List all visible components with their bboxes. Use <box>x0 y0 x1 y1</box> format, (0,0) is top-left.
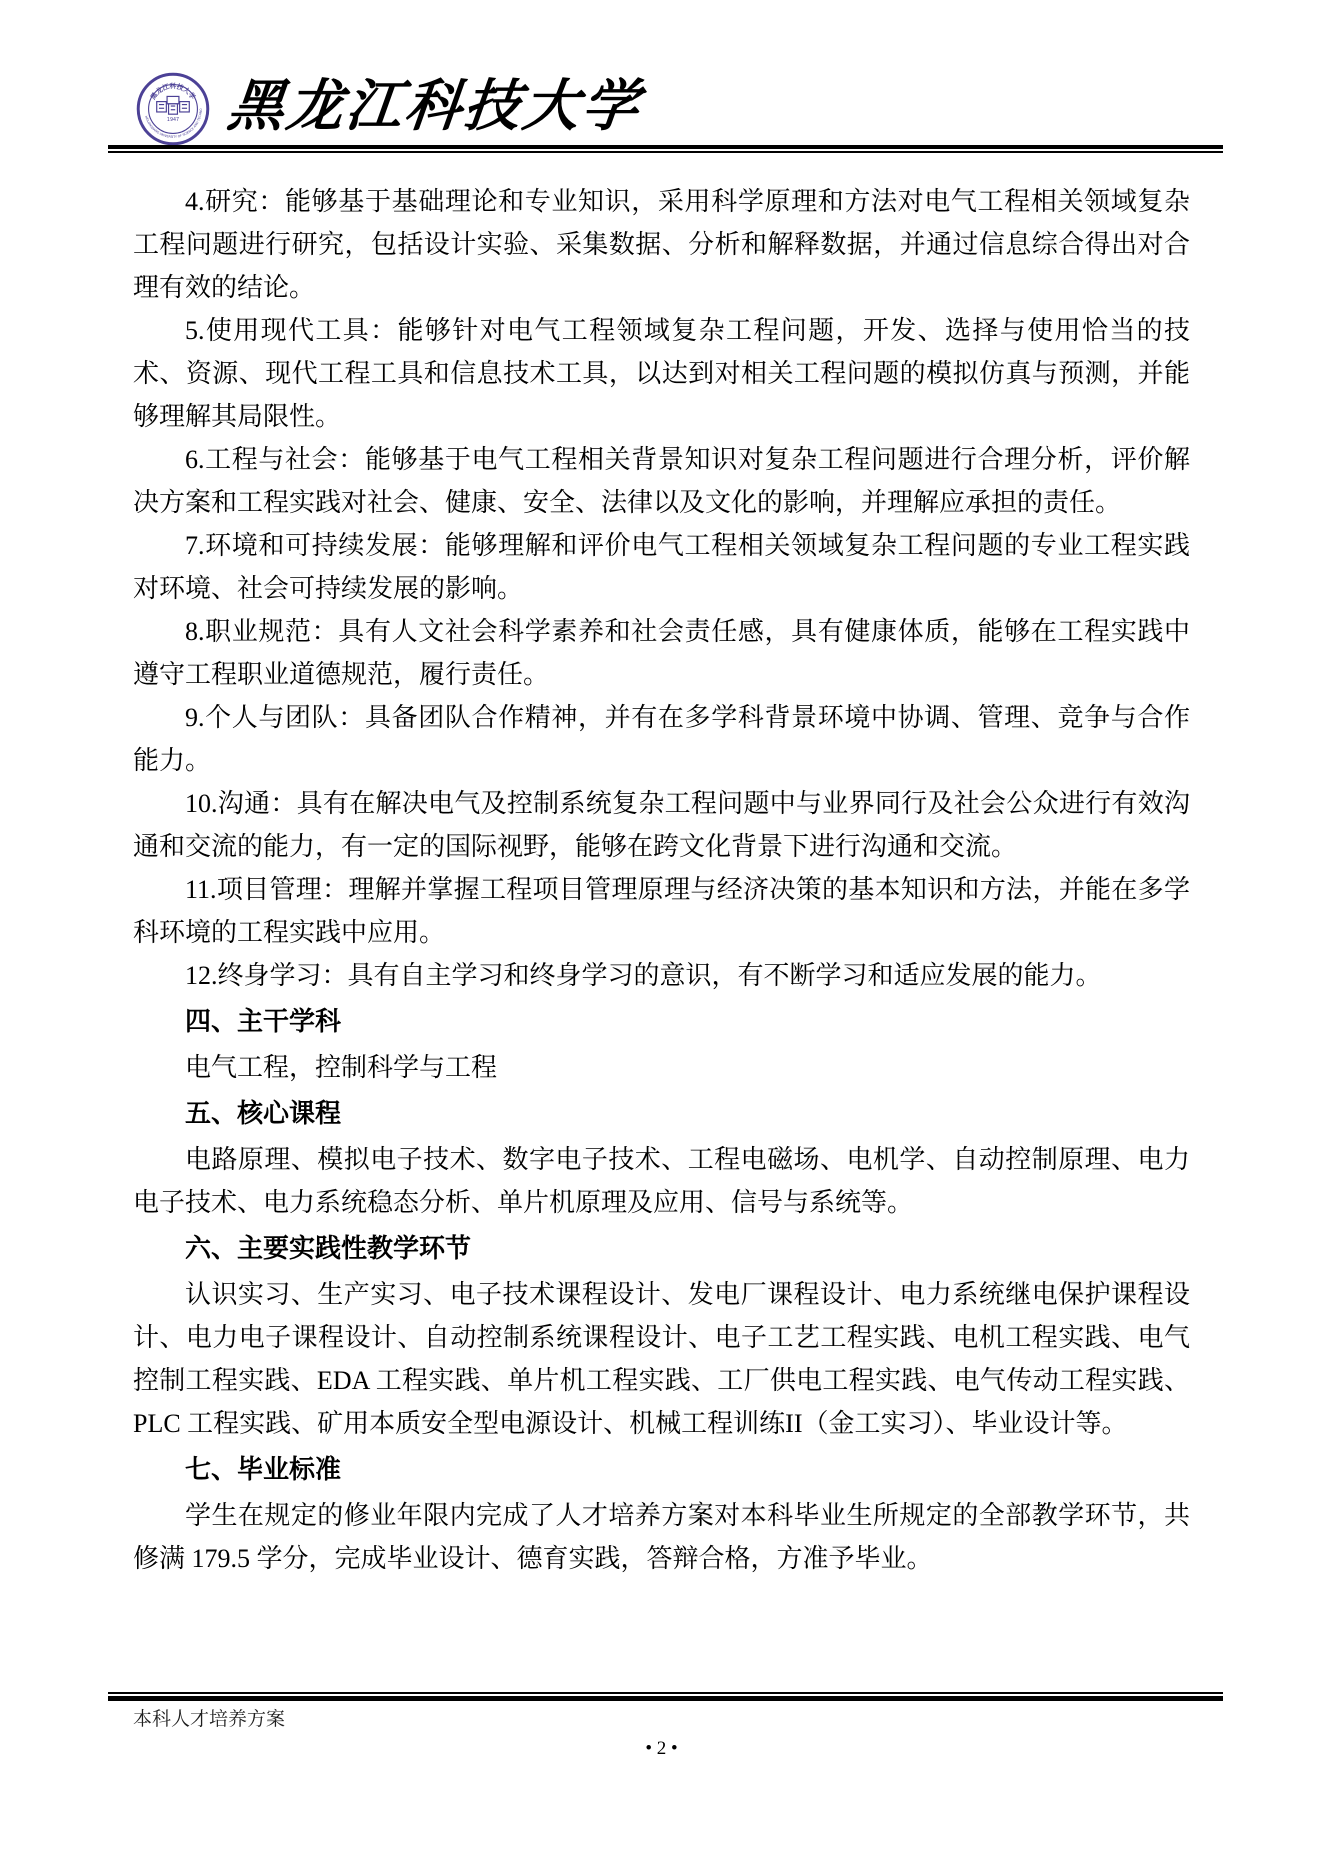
paragraph-outcome-11: 11.项目管理：理解并掌握工程项目管理原理与经济决策的基本知识和方法，并能在多学… <box>133 868 1190 954</box>
university-name-calligraphy: 黑龙江科技大学 <box>224 70 645 142</box>
paragraph-main-disciplines: 电气工程，控制科学与工程 <box>133 1046 1190 1089</box>
paragraph-graduation-standard: 学生在规定的修业年限内完成了人才培养方案对本科毕业生所规定的全部教学环节，共修满… <box>133 1494 1190 1580</box>
document-body: 4.研究：能够基于基础理论和专业知识，采用科学原理和方法对电气工程相关领域复杂工… <box>133 180 1190 1580</box>
paragraph-outcome-12: 12.终身学习：具有自主学习和终身学习的意识，有不断学习和适应发展的能力。 <box>133 954 1190 997</box>
heading-practical-teaching: 六、主要实践性教学环节 <box>133 1226 1190 1271</box>
seal-year: 1947 <box>167 117 179 123</box>
paragraph-outcome-8: 8.职业规范：具有人文社会科学素养和社会责任感，具有健康体质，能够在工程实践中遵… <box>133 610 1190 696</box>
page-header: 黑龙江科技大学 HEILONGJIANG UNIVERSITY OF SCIEN… <box>136 68 1223 146</box>
footer-doc-title: 本科人才培养方案 <box>133 1704 285 1731</box>
paragraph-outcome-9: 9.个人与团队：具备团队合作精神，并有在多学科背景环境中协调、管理、竞争与合作能… <box>133 696 1190 782</box>
paragraph-outcome-7: 7.环境和可持续发展：能够理解和评价电气工程相关领域复杂工程问题的专业工程实践对… <box>133 524 1190 610</box>
paragraph-core-courses: 电路原理、模拟电子技术、数字电子技术、工程电磁场、电机学、自动控制原理、电力电子… <box>133 1138 1190 1224</box>
paragraph-outcome-6: 6.工程与社会：能够基于电气工程相关背景知识对复杂工程问题进行合理分析，评价解决… <box>133 438 1190 524</box>
paragraph-practical-teaching: 认识实习、生产实习、电子技术课程设计、发电厂课程设计、电力系统继电保护课程设计、… <box>133 1273 1190 1445</box>
heading-core-courses: 五、核心课程 <box>133 1091 1190 1136</box>
paragraph-outcome-4: 4.研究：能够基于基础理论和专业知识，采用科学原理和方法对电气工程相关领域复杂工… <box>133 180 1190 309</box>
document-page: 黑龙江科技大学 HEILONGJIANG UNIVERSITY OF SCIEN… <box>0 0 1323 1871</box>
paragraph-outcome-10: 10.沟通：具有在解决电气及控制系统复杂工程问题中与业界同行及社会公众进行有效沟… <box>133 782 1190 868</box>
university-seal-logo: 黑龙江科技大学 HEILONGJIANG UNIVERSITY OF SCIEN… <box>136 72 210 146</box>
heading-main-disciplines: 四、主干学科 <box>133 999 1190 1044</box>
header-divider-rule <box>108 145 1223 153</box>
page-number: • 2 • <box>0 1738 1323 1760</box>
footer-divider-rule <box>108 1692 1223 1701</box>
heading-graduation-standard: 七、毕业标准 <box>133 1447 1190 1492</box>
paragraph-outcome-5: 5.使用现代工具：能够针对电气工程领域复杂工程问题，开发、选择与使用恰当的技术、… <box>133 309 1190 438</box>
